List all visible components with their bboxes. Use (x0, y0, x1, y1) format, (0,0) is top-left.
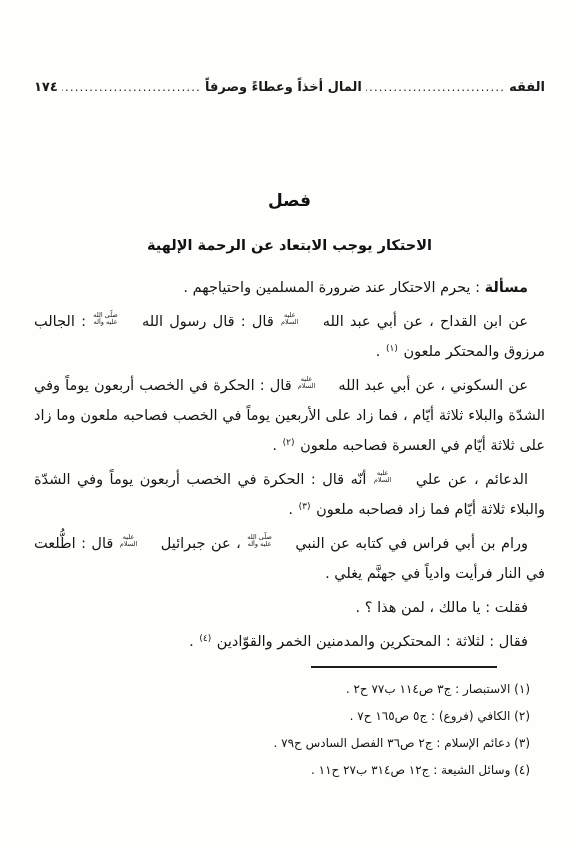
header-dot-leader-right: ........................................… (366, 80, 505, 94)
body-paragraph: فقال : لثلاثة : المحتكرين والمدمنين الخم… (34, 627, 545, 657)
honorific-mark-a: عليهالسلام (120, 534, 155, 548)
header-page-number: ١٧٤ (34, 80, 58, 95)
header-running-title: المال أخذاً وعطاءً وصرفاً (205, 80, 362, 95)
section-subtitle: الاحتكار يوجب الابتعاد عن الرحمة الإلهية (34, 238, 545, 254)
body-text: مسألة : يحرم الاحتكار عند ضرورة المسلمين… (34, 273, 545, 657)
honorific-mark-a: عليهالسلام (298, 376, 333, 390)
book-page: الفقه ..................................… (0, 0, 573, 857)
honorific-mark-a: عليهالسلام (281, 312, 316, 326)
body-paragraph: ورام بن أبي فراس في كتابه عن النبي صلّى … (34, 529, 545, 589)
body-paragraph: عن ابن القداح ، عن أبي عبد الله عليهالسل… (34, 307, 545, 367)
body-paragraph: الدعائم ، عن علي عليهالسلام أنّه قال : ا… (34, 465, 545, 525)
footnote-reference: (٢) (283, 438, 295, 448)
footnote-reference: (٤) (199, 634, 211, 644)
footnote-line: (٣) دعائم الإسلام : ج٢ ص٣٦ الفصل السادس … (34, 730, 530, 757)
footnote-reference: (١) (386, 344, 398, 354)
footnote-separator (311, 666, 497, 668)
page-header: الفقه ..................................… (34, 80, 545, 95)
body-paragraph: عن السكوني ، عن أبي عبد الله عليهالسلام … (34, 371, 545, 461)
footnote-line: (١) الاستبصار : ج٣ ص١١٤ ب٧٧ ح٢ . (34, 676, 530, 703)
honorific-mark-s: صلّى اللهعليه وآله (247, 534, 289, 548)
body-paragraph: مسألة : يحرم الاحتكار عند ضرورة المسلمين… (34, 273, 545, 303)
honorific-mark-s: صلّى اللهعليه وآله (93, 312, 135, 326)
footnote-line: (٤) وسائل الشيعة : ج١٢ ص٣١٤ ب٢٧ ح١١ . (34, 757, 530, 784)
body-paragraph: فقلت : يا مالك ، لمن هذا ؟ . (34, 593, 545, 623)
footnote-reference: (٣) (299, 502, 311, 512)
honorific-mark-a: عليهالسلام (374, 470, 409, 484)
header-dot-leader-left: ........................................… (62, 80, 201, 94)
header-section-label: الفقه (509, 80, 545, 95)
footnotes: (١) الاستبصار : ج٣ ص١١٤ ب٧٧ ح٢ .(٢) الكا… (34, 676, 545, 784)
paragraph-lead-word: مسألة (485, 280, 528, 296)
section-title: فصل (34, 191, 545, 211)
footnote-line: (٢) الكافي (فروع) : ج٥ ص١٦٥ ح٧ . (34, 703, 530, 730)
